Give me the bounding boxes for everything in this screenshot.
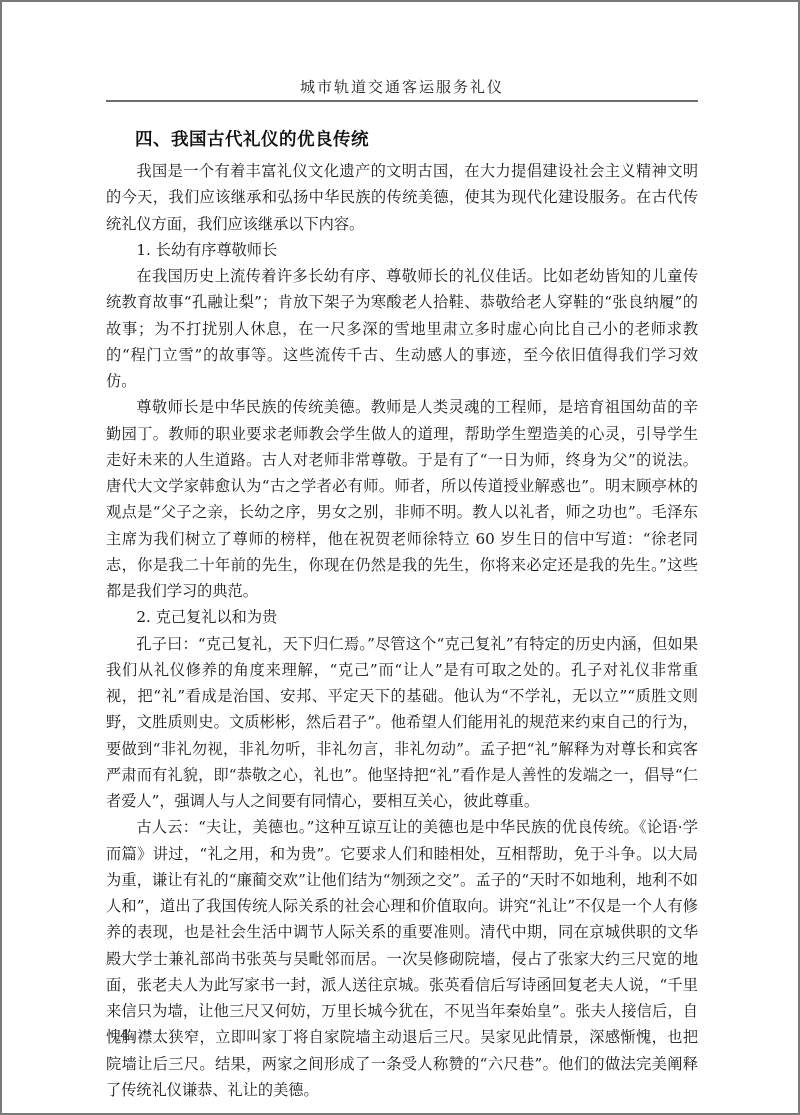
body-text: 我国是一个有着丰富礼仪文化遗产的文明古国，在大力提倡建设社会主义精神文明的今天，… — [106, 158, 698, 1103]
paragraph: 孔子曰：“克己复礼，天下归仁焉。”尽管这个“克己复礼”有特定的历史内涵，但如果我… — [106, 631, 698, 815]
paragraph: 古人云：“夫让，美德也。”这种互谅互让的美德也是中华民族的优良传统。《论语·学而… — [106, 814, 698, 1103]
intro-paragraph: 我国是一个有着丰富礼仪文化遗产的文明古国，在大力提倡建设社会主义精神文明的今天，… — [106, 158, 698, 237]
running-header: 城市轨道交通客运服务礼仪 — [106, 76, 698, 97]
header-rule — [106, 100, 698, 102]
subsection-heading-2: 2. 克己复礼以和为贵 — [106, 604, 698, 630]
paragraph: 尊敬师长是中华民族的传统美德。教师是人类灵魂的工程师，是培育祖国幼苗的辛勤园丁。… — [106, 394, 698, 604]
paragraph: 在我国历史上流传着许多长幼有序、尊敬师长的礼仪佳话。比如老幼皆知的儿童传统教育故… — [106, 263, 698, 394]
section-title: 四、我国古代礼仪的优良传统 — [135, 126, 369, 151]
document-page: 城市轨道交通客运服务礼仪 四、我国古代礼仪的优良传统 我国是一个有着丰富礼仪文化… — [0, 0, 800, 1115]
page-number: 4 — [120, 1026, 130, 1044]
subsection-heading-1: 1. 长幼有序尊敬师长 — [106, 237, 698, 263]
